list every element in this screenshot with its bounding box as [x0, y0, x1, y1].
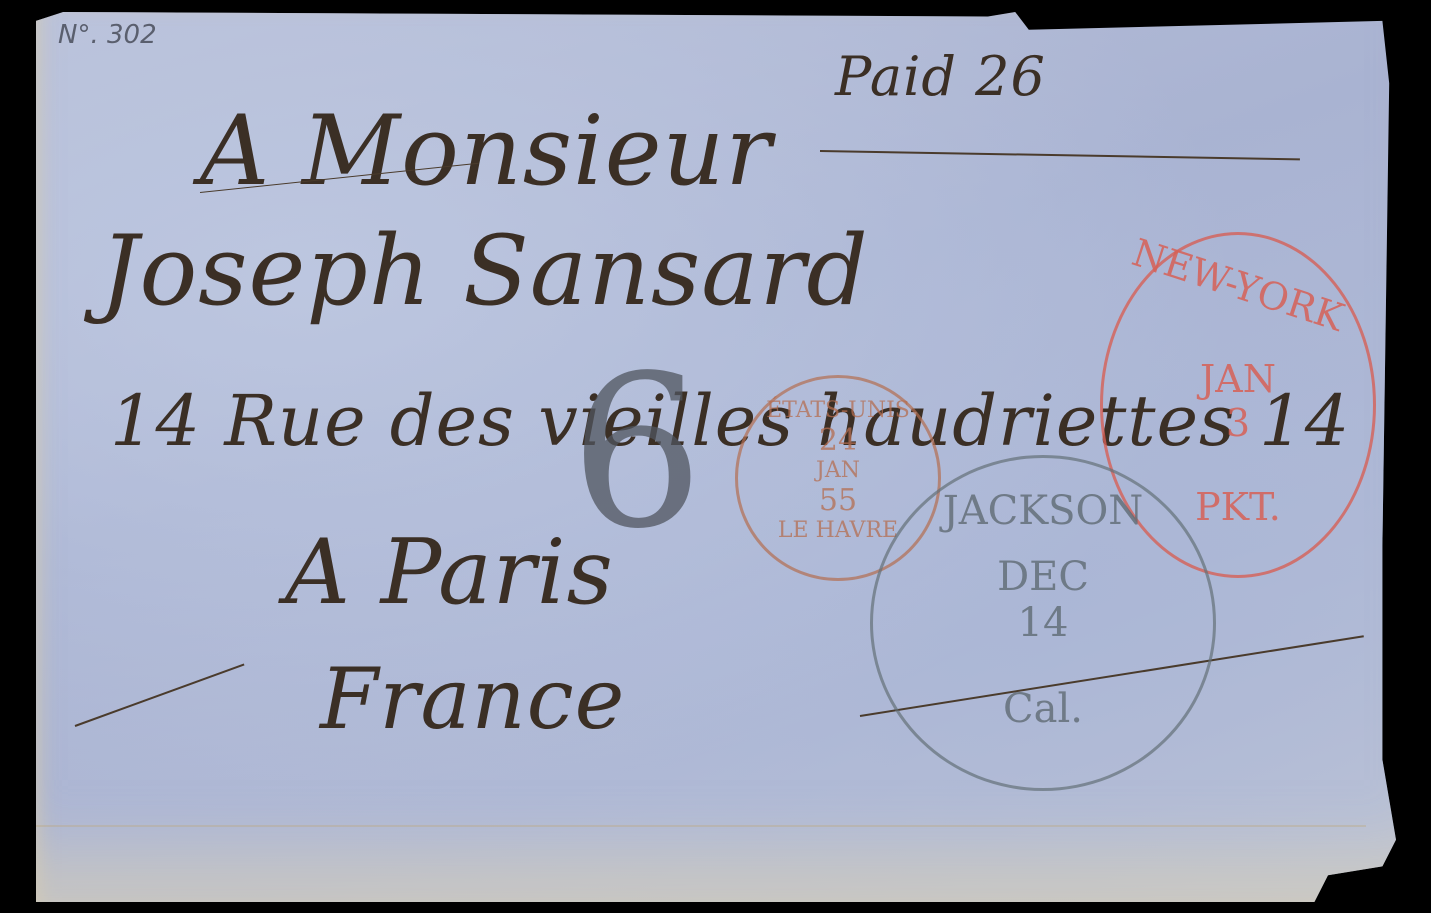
postmark-jackson-cal: JACKSON DEC 14 Cal.	[870, 455, 1216, 791]
address-line-2: Joseph Sansard	[100, 215, 869, 327]
address-line-4: A Paris	[285, 520, 614, 625]
address-line-5: France	[320, 650, 625, 748]
address-line-1: A Monsieur	[200, 95, 772, 207]
paid-marking: Paid 26	[835, 45, 1046, 108]
rating-mark-6: 6	[570, 330, 704, 575]
bottom-fold-line	[36, 825, 1366, 827]
pencil-catalog-note: N°. 302	[58, 20, 157, 50]
